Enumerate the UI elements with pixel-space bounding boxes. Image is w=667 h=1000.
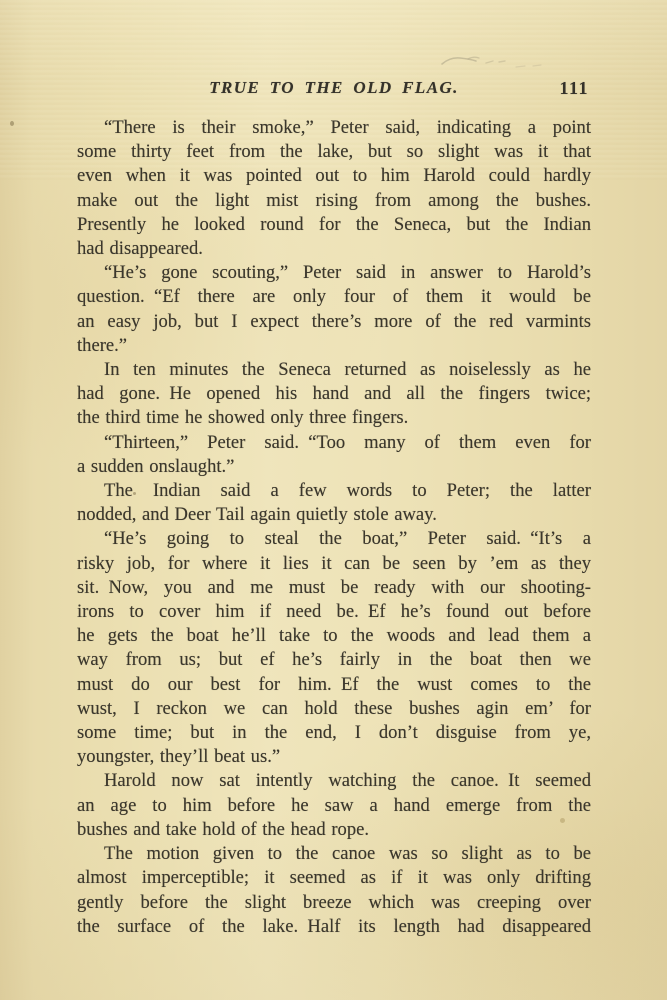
text-line: In ten minutes the Seneca returned as no… xyxy=(77,358,591,382)
paragraph: The Indian said a few words to Peter; th… xyxy=(77,479,591,527)
text-line: the third time he showed only three fing… xyxy=(77,406,591,430)
text-line: Presently he looked round for the Seneca… xyxy=(77,213,591,237)
text-line: wust, I reckon we can hold these bushes … xyxy=(77,697,591,721)
paragraph: “Thirteen,” Peter said. “Too many of the… xyxy=(77,431,591,479)
text-line: “He’s going to steal the boat,” Peter sa… xyxy=(77,527,591,551)
text-line: he gets the boat he’ll take to the woods… xyxy=(77,624,591,648)
text-line: a sudden onslaught.” xyxy=(77,455,591,479)
text-line: must do our best for him. Ef the wust co… xyxy=(77,673,591,697)
text-line: almost imperceptible; it seemed as if it… xyxy=(77,866,591,890)
text-line: The Indian said a few words to Peter; th… xyxy=(77,479,591,503)
text-line: The motion given to the canoe was so sli… xyxy=(77,842,591,866)
text-line: nodded, and Deer Tail again quietly stol… xyxy=(77,503,591,527)
text-line: risky job, for where it lies it can be s… xyxy=(77,552,591,576)
text-line: there.” xyxy=(77,334,591,358)
text-line: some thirty feet from the lake, but so s… xyxy=(77,140,591,164)
paragraph: “He’s gone scouting,” Peter said in answ… xyxy=(77,261,591,358)
pencil-smudge-mark xyxy=(438,50,554,76)
text-line: irons to cover him if need be. Ef he’s f… xyxy=(77,600,591,624)
running-title: TRUE TO THE OLD FLAG. xyxy=(77,78,591,98)
text-line: “There is their smoke,” Peter said, indi… xyxy=(77,116,591,140)
paragraph: The motion given to the canoe was so sli… xyxy=(77,842,591,939)
page-body: “There is their smoke,” Peter said, indi… xyxy=(77,116,591,939)
paragraph: “There is their smoke,” Peter said, indi… xyxy=(77,116,591,261)
paragraph: “He’s going to steal the boat,” Peter sa… xyxy=(77,527,591,769)
text-line: “He’s gone scouting,” Peter said in answ… xyxy=(77,261,591,285)
page-number: 111 xyxy=(559,78,589,99)
book-page-scan: TRUE TO THE OLD FLAG. 111 “There is thei… xyxy=(0,0,667,1000)
text-line: make out the light mist rising from amon… xyxy=(77,189,591,213)
text-line: youngster, they’ll beat us.” xyxy=(77,745,591,769)
text-line: gently before the slight breeze which wa… xyxy=(77,891,591,915)
text-line: had disappeared. xyxy=(77,237,591,261)
text-line: had gone. He opened his hand and all the… xyxy=(77,382,591,406)
text-line: way from us; but ef he’s fairly in the b… xyxy=(77,648,591,672)
text-line: sit. Now, you and me must be ready with … xyxy=(77,576,591,600)
text-line: an age to him before he saw a hand emerg… xyxy=(77,794,591,818)
text-line: even when it was pointed out to him Haro… xyxy=(77,164,591,188)
text-line: “Thirteen,” Peter said. “Too many of the… xyxy=(77,431,591,455)
paragraph: In ten minutes the Seneca returned as no… xyxy=(77,358,591,431)
paper-speck xyxy=(10,121,14,126)
text-line: the surface of the lake. Half its length… xyxy=(77,915,591,939)
text-line: an easy job, but I expect there’s more o… xyxy=(77,310,591,334)
text-line: Harold now sat intently watching the can… xyxy=(77,769,591,793)
paragraph: Harold now sat intently watching the can… xyxy=(77,769,591,842)
text-line: bushes and take hold of the head rope. xyxy=(77,818,591,842)
text-line: some time; but in the end, I don’t disgu… xyxy=(77,721,591,745)
text-line: question. “Ef there are only four of the… xyxy=(77,285,591,309)
page-header: TRUE TO THE OLD FLAG. 111 xyxy=(77,78,591,102)
